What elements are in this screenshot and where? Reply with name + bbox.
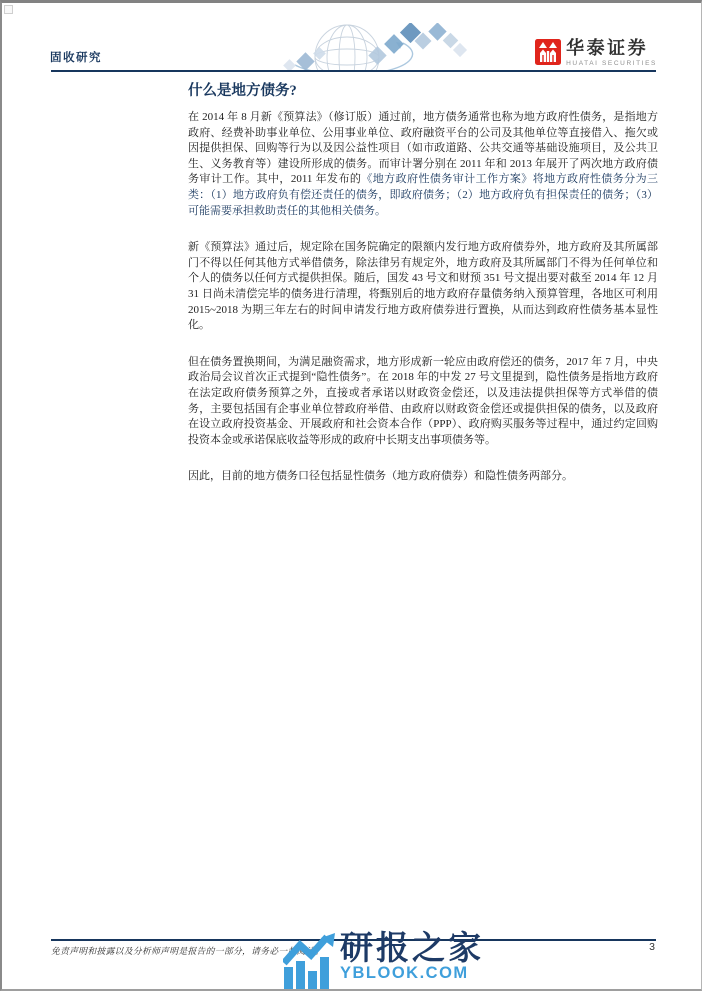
watermark-site-name: 研报之家 (340, 929, 484, 966)
paragraph-2: 新《预算法》通过后，规定除在国务院确定的限额内发行地方政府债券外，地方政府及其所… (188, 240, 658, 334)
paragraph-1: 在 2014 年 8 月新《预算法》（修订版）通过前，地方债务通常也称为地方政府… (188, 110, 658, 219)
globe-decoration-icon (255, 23, 470, 71)
report-category: 固收研究 (50, 49, 102, 65)
watermark: 研报之家 YBLOOK.COM (283, 929, 484, 991)
image-placeholder-icon (4, 5, 13, 14)
huatai-logo-icon (535, 39, 561, 65)
section-title: 什么是地方债务? (188, 82, 658, 100)
brand-logo: 华泰证券 HUATAI SECURITIES (535, 39, 657, 67)
header-divider (51, 70, 656, 72)
paragraph-4: 因此，目前的地方债务口径包括显性债务（地方政府债券）和隐性债务两部分。 (188, 469, 658, 485)
watermark-site-url: YBLOOK.COM (340, 964, 484, 983)
watermark-text: 研报之家 YBLOOK.COM (340, 929, 484, 983)
page-number: 3 (643, 941, 655, 953)
report-page: 固收研究 (0, 0, 702, 991)
brand-text: 华泰证券 HUATAI SECURITIES (566, 39, 657, 67)
brand-name-en: HUATAI SECURITIES (566, 60, 657, 67)
watermark-chart-icon (283, 933, 335, 991)
brand-name-cn: 华泰证券 (566, 39, 657, 58)
paragraph-3: 但在债务置换期间，为满足融资需求，地方形成新一轮应由政府偿还的债务，2017 年… (188, 355, 658, 449)
article-body: 什么是地方债务? 在 2014 年 8 月新《预算法》（修订版）通过前，地方债务… (188, 82, 658, 506)
